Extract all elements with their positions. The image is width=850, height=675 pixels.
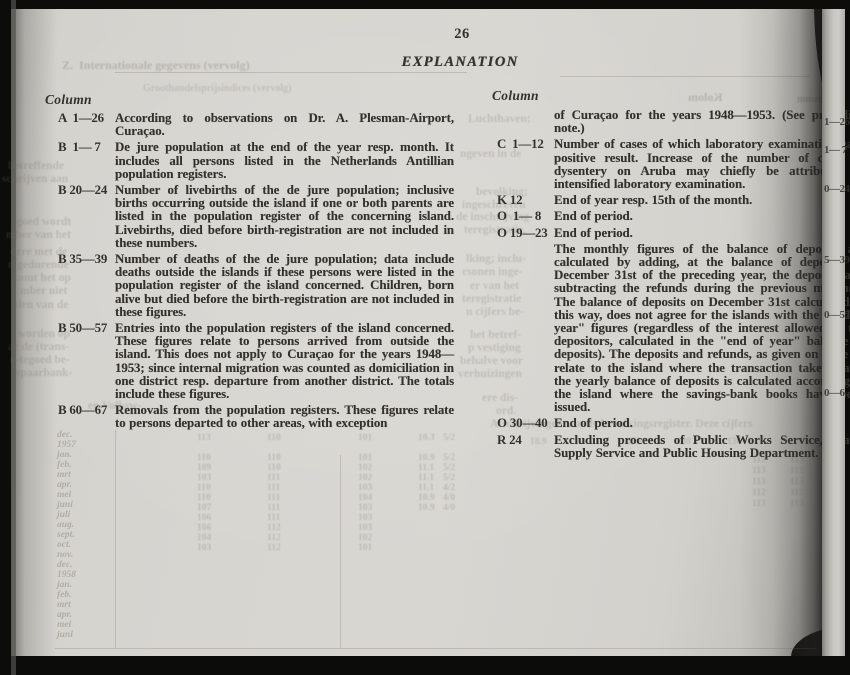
explanation-entry: The monthly figures of the balance of de… xyxy=(497,243,850,415)
entry-text: According to observations on Dr. A. Ples… xyxy=(115,112,454,138)
column-code: O 30—40 xyxy=(497,417,554,430)
next-page-column-code: 0—57 xyxy=(824,309,850,321)
column-code: B 1— 7 xyxy=(58,141,115,181)
entry-text: Excluding proceeds of Public Works Servi… xyxy=(554,434,850,460)
printed-content: 26 EXPLANATION Column Column A 1—26 Acco… xyxy=(0,0,850,675)
entry-text: of Curaçao for the years 1948—1953. (See… xyxy=(554,109,850,135)
right-column-header: Column xyxy=(492,88,539,104)
next-page-column-code: 0—24 xyxy=(824,183,850,195)
book-scan: Z. Internationale gegevens (vervolg)Groo… xyxy=(0,0,850,675)
explanation-entry: C 1—12 Number of cases of which laborato… xyxy=(497,138,850,191)
entry-text: End of period. xyxy=(554,210,850,223)
column-code: C 1—12 xyxy=(497,138,554,191)
column-code: K 12 xyxy=(497,194,554,207)
entry-text: Number of deaths of the de jure populati… xyxy=(115,253,454,319)
explanation-entry: K 12 End of year resp. 15th of the month… xyxy=(497,194,850,207)
column-code: B 35—39 xyxy=(58,253,115,319)
explanation-entry: R 24 Excluding proceeds of Public Works … xyxy=(497,434,850,460)
explanation-entry: of Curaçao for the years 1948—1953. (See… xyxy=(497,109,850,135)
explanation-entry: O 1— 8 End of period. xyxy=(497,210,850,223)
explanation-entry: B 35—39 Number of deaths of the de jure … xyxy=(58,253,458,319)
explanation-entry: B 20—24 Number of livebirths of the de j… xyxy=(58,184,458,250)
next-page-edge: 1—261— 70—245—390—570—6 xyxy=(822,9,845,656)
left-column-entries: A 1—26 According to observations on Dr. … xyxy=(58,112,458,434)
column-code xyxy=(497,243,554,415)
column-code: B 60—67 xyxy=(58,404,115,430)
explanation-entry: B 50—57 Entries into the population regi… xyxy=(58,322,458,401)
column-code: R 24 xyxy=(497,434,554,460)
entry-text: End of period. xyxy=(554,417,850,430)
explanation-entry: A 1—26 According to observations on Dr. … xyxy=(58,112,458,138)
left-column-header: Column xyxy=(45,92,92,108)
column-code: B 50—57 xyxy=(58,322,115,401)
entry-text: Number of cases of which laboratory exam… xyxy=(554,138,850,191)
explanation-entry: B 1— 7 De jure population at the end of … xyxy=(58,141,458,181)
entry-text: End of year resp. 15th of the month. xyxy=(554,194,850,207)
next-page-column-code: 1— 7 xyxy=(824,144,847,156)
entry-text: De jure population at the end of the yea… xyxy=(115,141,454,181)
column-code: B 20—24 xyxy=(58,184,115,250)
entry-text: End of period. xyxy=(554,227,850,240)
page-title: EXPLANATION xyxy=(320,54,600,71)
next-page-column-code: 0—6 xyxy=(824,387,845,399)
column-code: O 1— 8 xyxy=(497,210,554,223)
entry-text: Entries into the population registers of… xyxy=(115,322,454,401)
column-code: A 1—26 xyxy=(58,112,115,138)
right-column-entries: of Curaçao for the years 1948—1953. (See… xyxy=(497,109,850,463)
column-code: O 19—23 xyxy=(497,227,554,240)
next-page-column-code: 5—39 xyxy=(824,254,850,266)
page-number: 26 xyxy=(440,26,484,43)
column-code xyxy=(497,109,554,135)
explanation-entry: O 30—40 End of period. xyxy=(497,417,850,430)
entry-text: Removals from the population registers. … xyxy=(115,404,454,430)
entry-text: The monthly figures of the balance of de… xyxy=(554,243,850,415)
entry-text: Number of livebirths of the de jure popu… xyxy=(115,184,454,250)
explanation-entry: O 19—23 End of period. xyxy=(497,227,850,240)
explanation-entry: B 60—67 Removals from the population reg… xyxy=(58,404,458,430)
next-page-column-code: 1—26 xyxy=(824,116,850,128)
